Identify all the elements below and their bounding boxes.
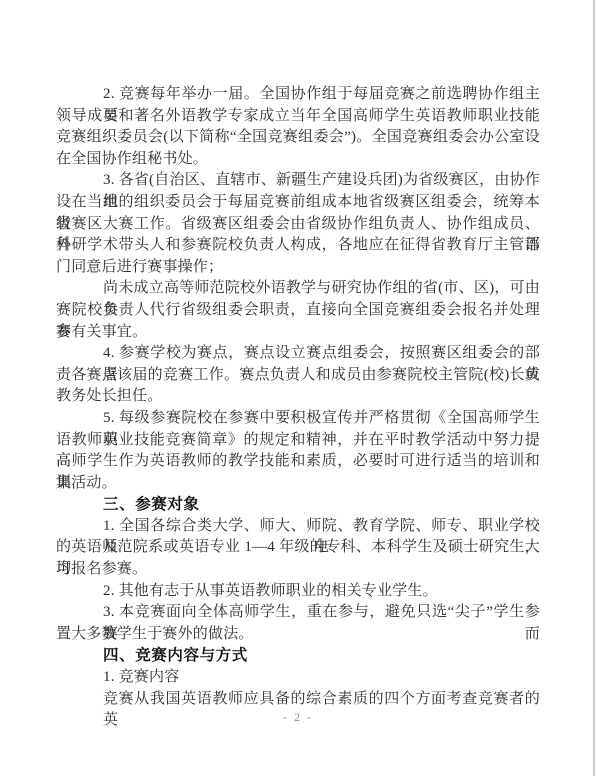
text-line: 设在当地的组织委员会于每届竞赛前组成本地省级赛区组委会，统筹本省 [56,192,540,214]
text-line: 门同意后进行赛事操作； [56,257,540,279]
text-line: 2. 其他有志于从事英语教师职业的相关专业学生。 [56,581,540,603]
text-line: 2. 竞赛每年举办一届。全国协作组于每届竞赛之前选聘协作组主要 [56,84,540,106]
text-line: 1. 竞赛内容 [56,667,540,689]
document-page: 2. 竞赛每年举办一届。全国协作组于每届竞赛之前选聘协作组主要 领导成员和著名外… [0,0,596,776]
heading-section-3-participants: 三、参赛对象 [56,494,540,516]
document-body: 2. 竞赛每年举办一届。全国协作组于每届竞赛之前选聘协作组主要 领导成员和著名外… [56,84,540,710]
text-line: 1. 全国各综合类大学、师大、师院、教育学院、师专、职业学校及电大 [56,516,540,538]
page-number: - 2 - [56,710,540,725]
text-line: 尚未成立高等师范院校外语教学与研究协作组的省(市、区)，可由参 [56,278,540,300]
text-line: 领导成员和著名外语教学专家成立当年全国高师学生英语教师职业技能 [56,106,540,128]
text-line: 级赛区大赛工作。省级赛区组委会由省级协作组负责人、协作组成员、外语 [56,214,540,236]
text-line: 教务处长担任。 [56,386,540,408]
text-line: 竞赛组织委员会(以下简称“全国竞赛组委会”)。全国竞赛组委会办公室设 [56,127,540,149]
text-line: 3. 本竞赛面向全体高师学生，重在参与，避免只选“尖子”学生参赛而 [56,602,540,624]
text-line: 的英语师范院系或英语专业 1—4 年级的专科、本科学生及硕士研究生，均 [56,537,540,559]
text-line: 竞赛从我国英语教师应具备的综合素质的四个方面考查竞赛者的英 [56,689,540,711]
text-line: 语教师职业技能竞赛简章》的规定和精神，并在平时教学活动中努力提高 [56,430,540,452]
text-line: 赛有关事宜。 [56,322,540,344]
text-line: 5. 每级参赛院校在参赛中要积极宣传并严格贯彻《全国高师学生英 [56,408,540,430]
text-line: 责各赛点该届的竞赛工作。赛点负责人和成员由参赛院校主管院(校)长或 [56,365,540,387]
text-line: 科研学术带头人和参赛院校负责人构成，各地应在征得省教育厅主管部 [56,235,540,257]
text-line: 可报名参赛。 [56,559,540,581]
text-line: 3. 各省(自治区、直辖市、新疆生产建设兵团)为省级赛区，由协作组 [56,170,540,192]
text-line: 高师学生作为英语教师的教学技能和素质，必要时可进行适当的培训和集 [56,451,540,473]
page-edge-shadow [593,0,595,776]
text-line: 赛院校负责人代行省级组委会职责，直接向全国竞赛组委会报名并处理参 [56,300,540,322]
text-line: 训活动。 [56,473,540,495]
text-line: 4. 参赛学校为赛点，赛点设立赛点组委会，按照赛区组委会的部署负 [56,343,540,365]
text-line: 在全国协作组秘书处。 [56,149,540,171]
heading-section-4-content-format: 四、竞赛内容与方式 [56,645,540,667]
